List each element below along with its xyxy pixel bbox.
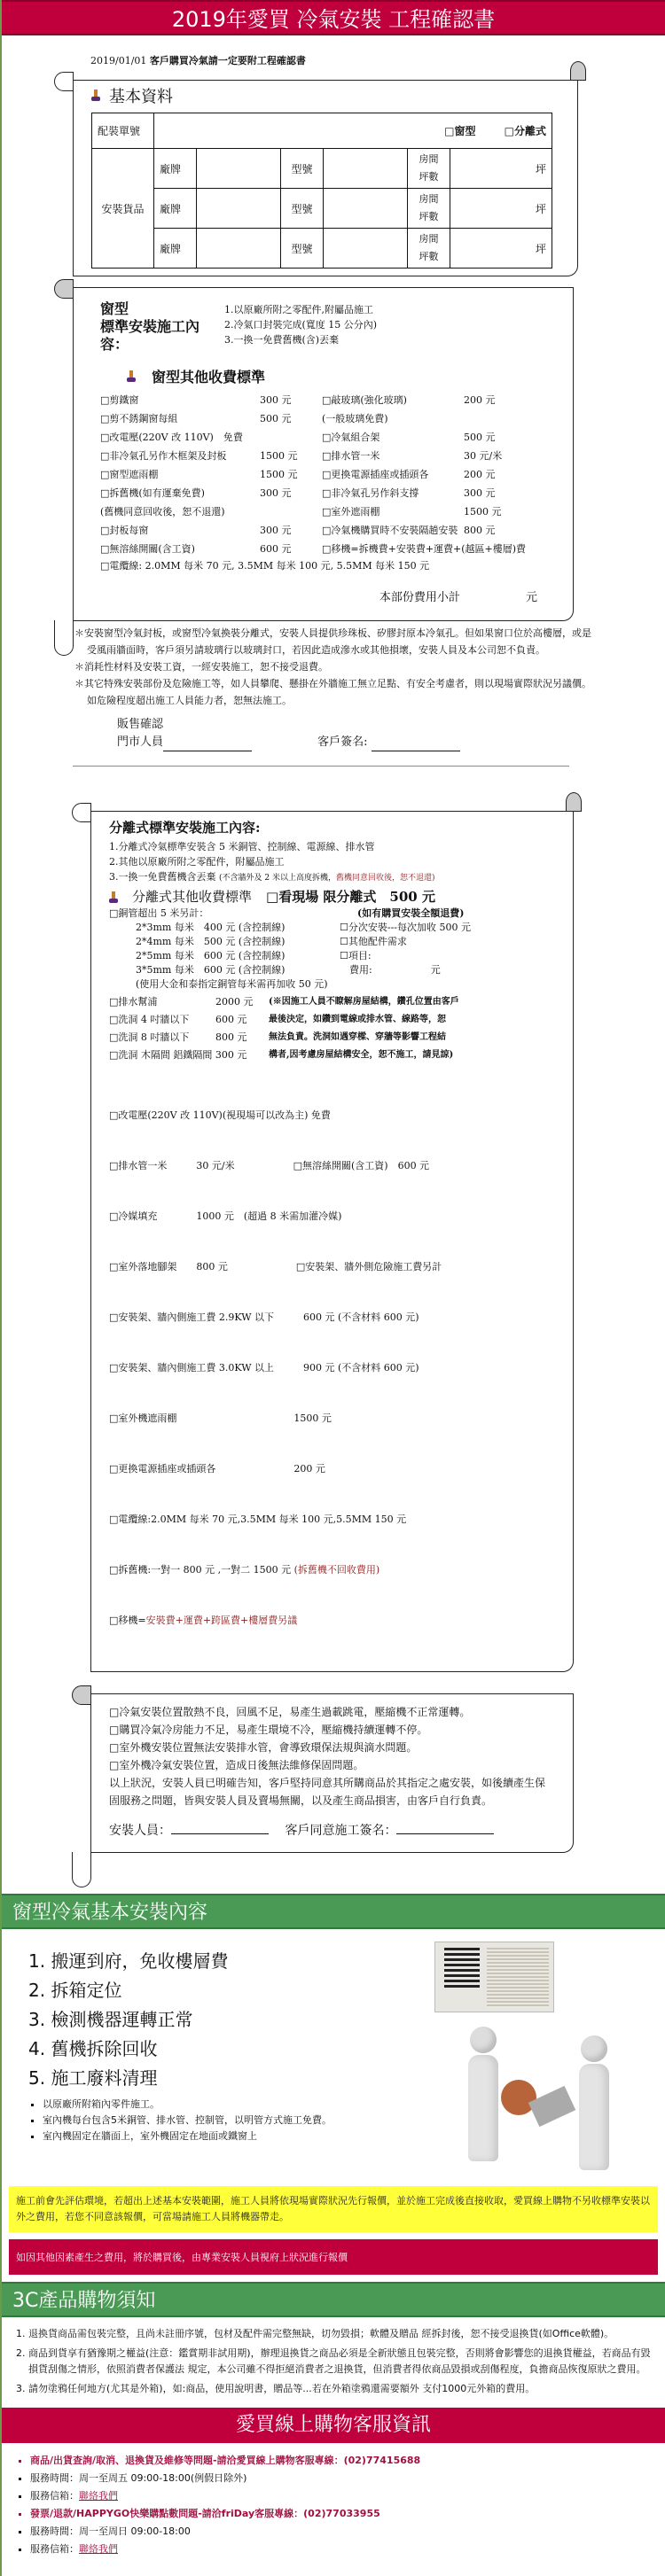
other-fees: □改電壓(220V 改 110V)(視現場可以改為主) 免費 □排水管一米 30… [109, 1073, 555, 1662]
type-split-checkbox[interactable]: □分離式 [505, 125, 546, 137]
goods-label: 安裝貨品 [92, 149, 154, 268]
customer-consent-field[interactable] [396, 1822, 494, 1834]
fee-note: (一般玻璃免費) [322, 410, 464, 427]
pipe-fees: □銅管超出 5 米另計： (如有購買安裝全額退費) 2*3mm 每米 400 元… [109, 907, 555, 992]
fee-price [260, 503, 322, 520]
brand-label: 廠牌 [154, 229, 197, 268]
fee-item[interactable]: □無溶絲開關(含工資) [100, 541, 260, 557]
scroll-curl-icon [566, 792, 582, 812]
sales-sign: 販售確認 門市人員 客戶簽名: [117, 716, 665, 751]
doc-notice: 客戶購買冷氣請一定要附工程確認書 [150, 55, 306, 66]
room-size-field[interactable]: 坪 [450, 229, 552, 268]
window-fee-scroll: 窗型標準安裝施工內容： 1.以原廠所附之零配件,附屬品施工 2.冷氣口封裝完成(… [73, 287, 574, 621]
model-field[interactable] [324, 189, 408, 229]
service-hotline: 商品/出貨查詢/取消、退換貨及維修等問題-請洽愛買線上購物客服專線：(02)77… [30, 2452, 653, 2470]
scroll-curl-icon [570, 61, 586, 81]
split-fee-scroll: 分離式標準安裝施工內容: 1.分離式冷氣標準安裝含 5 米銅管、控制線、電源線、… [90, 811, 574, 1672]
fee-item[interactable]: □封板每窗 [100, 522, 260, 539]
fee-price [260, 429, 322, 446]
service-list: 商品/出貨查詢/取消、退換貨及維修等問題-請洽愛買線上購物客服專線：(02)77… [2, 2443, 665, 2576]
window-standard-label: 標準安裝施工內容： [100, 318, 224, 354]
fee-price: 500 元 [260, 410, 322, 427]
contact-us-link[interactable]: 聯絡我們 [79, 2490, 118, 2502]
service-hours: 服務時間：周一至周五 09:00-18:00(例假日除外) [30, 2470, 653, 2487]
doc-header: 2019/01/01 客戶購買冷氣請一定要附工程確認書 [2, 35, 665, 67]
installer-sign-field[interactable] [171, 1822, 269, 1834]
page-title: 2019年愛買 冷氣安裝 工程確認書 [2, 0, 665, 35]
fee-price: 300 元 [260, 392, 322, 409]
split-fee-title: 分離式其他收費標準 [132, 890, 252, 905]
basic-info-heading: 基本資料 [74, 81, 577, 113]
pipe-option-checkbox[interactable]: ☐項目: [340, 949, 555, 963]
room-size-label: 房間坪數 [408, 229, 450, 268]
note-item: ＊消耗性材料及安裝工資，一經安裝施工，恕不接受退費。 [74, 658, 598, 675]
fee-item[interactable]: □冷氣機購買時不安裝隔趟安裝 [322, 522, 464, 539]
hole-warning: 最後決定，如鑽到電線或排水管、線路等，恕 [269, 1011, 555, 1029]
list-item: 2.冷氣口封裝完成(寬度 15 公分內) [224, 317, 377, 332]
basic-install-section: 1. 搬運到府，免收樓層費 2. 拆箱定位 3. 檢測機器運轉正常 4. 舊機拆… [2, 1929, 665, 2186]
warnings-scroll: □冷氣安裝位置散熱不良，回風不足，易產生過載跳電，壓縮機不正常運轉。 □購買冷氣… [90, 1693, 574, 1853]
brand-field[interactable] [197, 189, 281, 229]
window-fee-title: 窗型其他收費標準 [152, 366, 265, 386]
fee-item[interactable]: □洗洞 4 吋牆以下 [109, 1011, 215, 1029]
window-notes: ＊安裝窗型冷氣封板，或窗型冷氣換裝分離式，安裝人員提供珍珠板、矽膠封原本冷氣孔。… [74, 621, 598, 709]
fee-price: 800 元 [464, 522, 535, 539]
basic-install-heading: 窗型冷氣基本安裝內容 [2, 1894, 665, 1929]
fee-price: 300 元 [464, 485, 535, 502]
list-item: 退換貨商品需包裝完整，且尚未註冊序號，包材及配件需完整無缺，切勿毀損；軟體及贈品… [28, 2326, 653, 2342]
scroll-curl-icon [72, 1852, 91, 1887]
warning-checkbox[interactable]: □室外機冷氣安裝位置，造成日後無法維修保固問題。 [109, 1756, 555, 1774]
window-standard: 窗型標準安裝施工內容： 1.以原廠所附之零配件,附屬品施工 2.冷氣口封裝完成(… [74, 288, 573, 620]
window-label: 窗型 [100, 300, 224, 318]
hole-warning: 無法負責。洗洞如遇穿樑、穿牆等影響工程結 [269, 1029, 555, 1047]
fee-item[interactable]: □改電壓(220V 改 110V)(視現場可以改為主) 免費 [109, 1107, 555, 1124]
pin-icon [127, 370, 136, 383]
customer-consent-label: 客戶同意施工簽名： [285, 1824, 396, 1838]
contact-us-link[interactable]: 聯絡我們 [79, 2543, 118, 2555]
fee-price: 200 元 [464, 392, 535, 409]
red-notice: 如因其他因素產生之費用，將於購買後，由專業安裝人員視府上狀況進行報價 [9, 2239, 658, 2275]
note-item: ＊安裝窗型冷氣封板，或窗型冷氣換裝分離式，安裝人員提供珍珠板、矽膠封原本冷氣孔。… [74, 625, 598, 658]
fee-price: 300 元 [260, 485, 322, 502]
pipe-item: 3*5mm 每米 600 元 (含控制線) [109, 963, 340, 977]
list-item: 1.以原廠所附之零配件,附屬品施工 [224, 302, 377, 317]
basic-info-title: 基本資料 [109, 84, 173, 107]
shopping-heading: 3C產品購物須知 [2, 2282, 665, 2317]
fee-price: 300 元 [260, 522, 322, 539]
pin-icon [91, 89, 100, 102]
fee-item[interactable]: □拆舊機(如有運棄免費) [100, 485, 260, 502]
fee-item[interactable]: □排水管一米 [322, 447, 464, 464]
split-fee-heading: 分離式其他收費標準 □看現場 限分離式 500 元 [109, 890, 555, 905]
installer-label: 安裝人員： [109, 1824, 171, 1838]
sales-confirm-label: 販售確認 [117, 716, 665, 734]
hole-fees: □排水幫浦2000 元(※因施工人員不瞭解房屋結構，鑽孔位置由客戶 □洗洞 4 … [109, 993, 555, 1064]
list-item: 3.一換一免費舊機含丟棄 (不含牆外及 2 米以上高度拆機，舊機同意回收後，恕不… [109, 869, 555, 886]
list-item: 3.一換一免費舊機(含)丟棄 [224, 332, 377, 347]
warning-statement: 以上狀況，安裝人員已明確告知，客戶堅持同意其所購商品於其指定之處安裝，如後續產生… [109, 1774, 555, 1809]
fee-item[interactable]: □冷氣組合架 [322, 429, 464, 446]
basic-info-table: 配裝單號 □窗型 □分離式 安裝貨品 廠牌 型號 房間坪數 坪 廠牌 型號 [91, 113, 552, 268]
warning-checkbox[interactable]: □室外機安裝位置無法安裝排水管，會導致環保法規與滴水問題。 [109, 1739, 555, 1756]
service-heading: 愛買線上購物客服資訊 [2, 2408, 665, 2443]
warnings: □冷氣安裝位置散熱不良，回風不足，易產生過載跳電，壓縮機不正常運轉。 □購買冷氣… [91, 1694, 573, 1852]
fee-note: (舊機同意回收後，恕不退還) [100, 503, 260, 520]
fee-price: 600 元 [260, 541, 322, 557]
room-size-label: 房間坪數 [408, 149, 450, 189]
pipe-option-fee[interactable]: 費用: 元 [340, 963, 555, 977]
note-item: ＊其它特殊安裝部份及危險施工等，如人員攀爬、懸掛在外牆施工無立足點、有安全考慮者… [74, 675, 598, 709]
fee-price: 2000 元 [215, 993, 269, 1011]
order-label: 配裝單號 [92, 113, 154, 149]
pipe-item: 2*3mm 每米 400 元 (含控制線) [109, 921, 340, 935]
doc-date: 2019/01/01 [90, 55, 146, 66]
scroll-curl-icon [54, 279, 74, 299]
brand-field[interactable] [197, 149, 281, 189]
fee-price [464, 410, 535, 427]
window-fee-grid: □剪鐵窗300 元□敲玻璃(強化玻璃)200 元 □剪不銹鋼窗每組500 元(一… [100, 392, 555, 557]
fee-item[interactable]: □敲玻璃(強化玻璃) [322, 392, 464, 409]
service-email: 服務信箱：聯絡我們 [30, 2487, 653, 2505]
fee-item[interactable]: □安裝架、牆內側施工費 3.0KW 以上 900 元 (不含材料 600 元) [109, 1359, 555, 1376]
staff-label: 門市人員 [117, 735, 163, 749]
brand-label: 廠牌 [154, 189, 197, 229]
list-item: 1.分離式冷氣標準安裝含 5 米銅管、控制線、電源線、排水管 [109, 839, 555, 854]
fee-item[interactable]: □非冷氣孔另作斜支撐 [322, 485, 464, 502]
divider [73, 766, 569, 767]
scroll-curl-icon [72, 1685, 91, 1705]
fee-price: 200 元 [464, 466, 535, 483]
fee-price: 1500 元 [260, 466, 322, 483]
fee-item[interactable]: □洗洞 8 吋牆以下 [109, 1029, 215, 1047]
split-standard: 分離式標準安裝施工內容: 1.分離式冷氣標準安裝含 5 米銅管、控制線、電源線、… [91, 812, 573, 1671]
fee-item[interactable]: □更換電源插座或插頭各 200 元 [109, 1460, 555, 1477]
pipe-item: 2*5mm 每米 600 元 (含控制線) [109, 949, 340, 963]
air-conditioner-icon [434, 1942, 554, 2012]
refund-note: (如有購買安裝全額退費) [340, 907, 555, 921]
fee-item[interactable]: □改電壓(220V 改 110V) 免費 [100, 429, 260, 446]
hole-warning: 構者,因考慮房屋結構安全，恕不施工，請見諒) [269, 1047, 555, 1064]
window-standard-list: 1.以原廠所附之零配件,附屬品施工 2.冷氣口封裝完成(寬度 15 公分內) 3… [224, 300, 377, 354]
subtotal-unit[interactable]: 元 [526, 591, 537, 604]
brand-label: 廠牌 [154, 149, 197, 189]
service-hours: 服務時間：周一至周日 09:00-18:00 [30, 2523, 653, 2541]
model-label: 型號 [281, 229, 324, 268]
shopping-rules: 退換貨商品需包裝完整，且尚未註冊序號，包材及配件需完整無缺，切勿毀損；軟體及贈品… [2, 2317, 665, 2408]
fee-price: 800 元 [215, 1029, 269, 1047]
service-email: 服務信箱：聯絡我們 [30, 2541, 653, 2558]
hole-warning: (※因施工人員不瞭解房屋結構，鑽孔位置由客戶 [269, 993, 555, 1011]
fee-price: 1500 元 [260, 447, 322, 464]
fee-item[interactable]: □剪不銹鋼窗每組 [100, 410, 260, 427]
window-subtotal: 本部份費用小計 元 [100, 575, 555, 611]
fee-item[interactable]: □安裝架、牆內側施工費 2.9KW 以下 600 元 (不含材料 600 元) [109, 1309, 555, 1326]
person-icon [461, 2027, 505, 2177]
fee-item[interactable]: □排水幫浦 [109, 993, 215, 1011]
customer-sign-label: 客戶簽名: [317, 735, 367, 749]
fee-item[interactable]: □非冷氣孔另作木框架及封板 [100, 447, 260, 464]
fee-item[interactable]: □更換電源插座或插頭各 [322, 466, 464, 483]
split-title: 分離式標準安裝施工內容: [109, 821, 555, 836]
pipe-item: 2*4mm 每米 500 元 (含控制線) [109, 935, 340, 949]
scroll-curl-icon [54, 620, 74, 656]
room-size-field[interactable]: 坪 [450, 149, 552, 189]
page: 2019年愛買 冷氣安裝 工程確認書 2019/01/01 客戶購買冷氣請一定要… [0, 0, 665, 2576]
fee-price: 500 元 [464, 429, 535, 446]
model-label: 型號 [281, 189, 324, 229]
install-illustration [408, 1938, 638, 2195]
fee-item[interactable]: □洗洞 木隔間 鋁鐵隔間 300 元 [109, 1047, 269, 1064]
type-window-checkbox[interactable]: □窗型 [444, 125, 475, 137]
subtotal-label: 本部份費用小計 [379, 591, 460, 604]
service-hotline: 發票/退款/HAPPYGO快樂購點數問題-請洽friDay客服專線：(02)77… [30, 2505, 653, 2523]
pin-icon [109, 891, 118, 904]
fee-item[interactable]: □冷媒填充 1000 元 (超過 8 米需加灌冷媒) [109, 1208, 555, 1225]
model-label: 型號 [281, 149, 324, 189]
basic-info-scroll: 基本資料 配裝單號 □窗型 □分離式 安裝貨品 廠牌 型號 房間坪數 坪 廠牌 [73, 80, 578, 276]
brand-field[interactable] [197, 229, 281, 268]
room-size-field[interactable]: 坪 [450, 189, 552, 229]
room-size-label: 房間坪數 [408, 189, 450, 229]
scroll-curl-icon [54, 72, 74, 91]
staff-sign-field[interactable] [163, 739, 252, 751]
fee-item[interactable]: □窗型遮雨棚 [100, 466, 260, 483]
list-item: 商品到貨享有猶豫期之權益(注意：鑑賞期非試用期)，辦理退換貨之商品必須是全新狀態… [28, 2346, 653, 2378]
model-field[interactable] [324, 229, 408, 268]
list-item: 2.其他以原廠所附之零配件，附屬品施工 [109, 854, 555, 869]
fee-item[interactable]: □排水管一米 30 元/米 □無溶絲開關(含工資) 600 元 [109, 1157, 555, 1174]
fee-price: 600 元 [215, 1011, 269, 1029]
onsite-check-checkbox[interactable]: □看現場 限分離式 500 元 [266, 890, 435, 905]
pipe-option-checkbox[interactable]: ☐其他配件需求 [340, 935, 555, 949]
fee-item[interactable]: □移機=安裝費+運費+跨區費+樓層費另議 [109, 1612, 555, 1629]
pipe-option-checkbox[interactable]: ☐分次安裝---每次加收 500 元 [340, 921, 555, 935]
model-field[interactable] [324, 149, 408, 189]
pipe-header[interactable]: □銅管超出 5 米另計： [109, 907, 340, 921]
fee-item[interactable]: □移機=拆機費+安裝費+運費+(越區+樓層)費 [322, 541, 535, 557]
fee-item[interactable]: □室外落地腳架 800 元 □安裝架、牆外側危險施工費另計 [109, 1258, 555, 1275]
fee-item[interactable]: □室外機遮雨棚 1500 元 [109, 1410, 555, 1427]
cable-fee[interactable]: □電纜線: 2.0MM 每米 70 元, 3.5MM 每米 100 元, 5.5… [100, 557, 555, 575]
scroll-curl-icon [72, 803, 91, 822]
fee-price: 30 元/米 [464, 447, 535, 464]
warning-checkbox[interactable]: □冷氣安裝位置散熱不良，回風不足，易產生過載跳電，壓縮機不正常運轉。 [109, 1703, 555, 1721]
window-fee-heading: 窗型其他收費標準 [127, 366, 555, 386]
customer-sign-field[interactable] [372, 739, 460, 751]
warning-checkbox[interactable]: □購買冷氣冷房能力不足，易產生環境不冷，壓縮機持續運轉不停。 [109, 1721, 555, 1739]
pipe-note: (使用大金和泰指定銅管每米需再加收 50 元) [109, 977, 555, 992]
fee-item[interactable]: □拆舊機:一對一 800 元 ,一對二 1500 元 (拆舊機不回收費用) [109, 1561, 555, 1578]
type-options: □窗型 □分離式 [154, 113, 552, 149]
fee-item[interactable]: □室外遮雨棚 [322, 503, 464, 520]
fee-item[interactable]: □電纜線:2.0MM 每米 70 元,3.5MM 每米 100 元,5.5MM … [109, 1511, 555, 1528]
list-item: 請勿塗鴉任何地方(尤其是外箱)，如:商品，使用說明書，贈品等...若在外箱塗鴉還… [28, 2381, 653, 2397]
fee-item[interactable]: □剪鐵窗 [100, 392, 260, 409]
fee-price: 1500 元 [464, 503, 535, 520]
